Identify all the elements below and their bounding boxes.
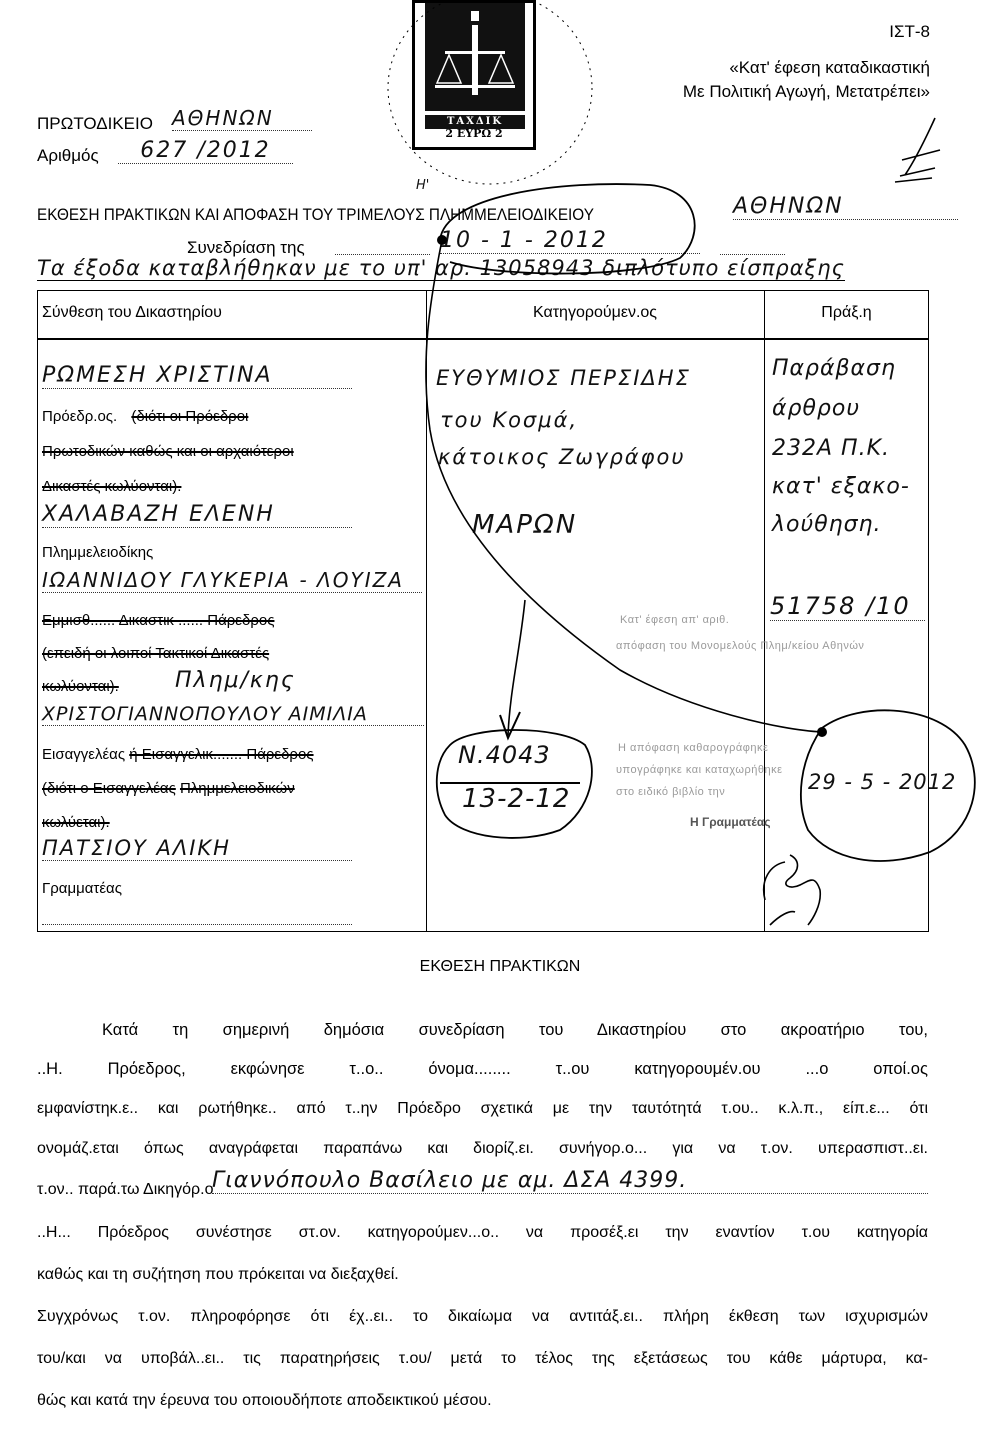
secretary-signature-line	[42, 924, 352, 925]
minutes-p2-line1: ..Η... Πρόεδρος συνέστησε στ.ον. κατηγορ…	[37, 1224, 928, 1242]
table-header-divider	[37, 338, 929, 340]
minutes-p1-line2-word: Πρόεδρος,	[108, 1060, 186, 1079]
minutes-p3-line1: Συγχρόνως τ.ον. πληροφόρησε ότι έχ..ει..…	[37, 1308, 928, 1326]
court-label: ΠΡΩΤΟΔΙΚΕΙΟ	[37, 114, 153, 134]
revenue-stamp: ΤΑΧΔΙΚ 2 ΕΥΡΩ 2	[412, 0, 536, 150]
judge2-struck-text-2: (επειδή οι λοιποί Τακτικοί Δικαστές	[42, 645, 269, 662]
faint-stamp-line5: στο ειδικό βιβλίο την	[616, 786, 725, 798]
offense-case-number[interactable]: 51758 /10	[770, 592, 925, 621]
president-struck-text-3: Δικαστές κωλύονται).	[42, 478, 181, 495]
minutes-p1-line1: Κατά τη σημερινή δημόσια συνεδρίαση του …	[102, 1021, 928, 1040]
faint-stamp-signer: Η Γραμματέας	[690, 815, 770, 829]
judge2-struck-text-1: Εμμισθ...... Δικαστικ ...... Πάρεδρος	[42, 612, 274, 629]
stamp-value: 2 ΕΥΡΩ 2	[415, 129, 533, 139]
secretary-role: Γραμματέας	[42, 880, 122, 897]
registry-number: Ν.4043	[458, 741, 551, 769]
justice-scales-icon	[425, 3, 525, 111]
prosecutor-struck-text-3: κωλύεται).	[42, 814, 110, 831]
accused-residence: κάτοικος Ζωγράφου	[438, 445, 685, 469]
president-role: Πρόεδρ.ος. (διότι οι Πρόεδροι	[42, 408, 248, 425]
offense-line2: άρθρου	[772, 396, 860, 421]
prosecutor-name[interactable]: ΧΡΙΣΤΟΓΙΑΝΝΟΠΟΥΛΟΥ ΑΙΜΙΛΙΑ	[42, 703, 424, 726]
minutes-p1-line2-word: οποί.ος	[873, 1060, 928, 1079]
minutes-p1-line2-word: τ..ου	[556, 1060, 590, 1079]
initials-signature-icon	[895, 118, 940, 182]
table-col-divider-2	[764, 290, 765, 932]
accused-name: ΕΥΘΥΜΙΟΣ ΠΕΡΣΙΔΗΣ	[436, 366, 691, 390]
minutes-p3-line3: θώς και κατά την έρευνα του οποιουδήποτε…	[37, 1392, 492, 1410]
minutes-p2-line2: καθώς και τη συζήτηση που πρόκειται να δ…	[37, 1266, 399, 1284]
report-title: ΕΚΘΕΣΗ ΠΡΑΚΤΙΚΩΝ ΚΑΙ ΑΠΟΦΑΣΗ ΤΟΥ ΤΡΙΜΕΛΟ…	[37, 205, 594, 225]
minutes-p1-line5-prefix: τ.ον.. παρά.τω Δικηγόρ.ο	[37, 1181, 214, 1199]
offense-line3: 232Α Π.Κ.	[772, 436, 890, 461]
registry-date: 13-2-12	[462, 784, 570, 814]
faint-stamp-line4: υπογράφηκε και καταχωρήθηκε	[616, 764, 782, 776]
header-composition: Σύνθεση του Δικαστηρίου	[42, 304, 222, 322]
prosecutor-struck-text-2: (διότι ο Εισαγγελέας Πλημμελειοδικών	[42, 780, 295, 797]
offense-line1: Παράβαση	[772, 356, 896, 381]
session-dots	[335, 254, 430, 255]
minutes-p1-line4: ονομάζ.εται όπως αναγράφεται παραπάνω κα…	[37, 1140, 928, 1158]
secretary-name[interactable]: ΠΑΤΣΙΟΥ ΑΛΙΚΗ	[42, 836, 352, 861]
faint-stamp-line3: Η απόφαση καθαρογράφηκε	[618, 742, 768, 754]
offense-line5: λούθηση.	[772, 512, 882, 537]
form-subtitle-line2: Με Πολιτική Αγωγή, Μετατρέπει»	[683, 82, 930, 102]
report-court-value[interactable]: ΑΘΗΝΩΝ	[733, 194, 958, 220]
session-label: Συνεδρίαση της	[187, 238, 305, 258]
minutes-title: ΕΚΘΕΣΗ ΠΡΑΚΤΙΚΩΝ	[0, 958, 1000, 976]
accused-area: ΜΑΡΩΝ	[472, 510, 577, 540]
minutes-p1-line2-word: τ..ο..	[349, 1060, 383, 1079]
minutes-p1-line2-word: ..Η.	[37, 1060, 63, 1079]
header-offense: Πράξ.η	[764, 304, 929, 322]
minutes-p1-line2-word: ...ο	[805, 1060, 828, 1079]
president-name[interactable]: ΡΩΜΕΣΗ ΧΡΙΣΤΙΝΑ	[42, 363, 352, 389]
table-col-divider-1	[426, 290, 427, 932]
prosecutor-role: Εισαγγελέας ή Εισαγγελικ....... Πάρεδρος	[42, 746, 314, 763]
offense-line4: κατ' εξακο-	[772, 474, 910, 499]
president-struck-text-2: Πρωτοδικών καθώς και οι αρχαιότεροι	[42, 443, 294, 460]
minutes-p1-line2-word: εκφώνησε	[231, 1060, 305, 1079]
judge2-role-handwritten: Πλημ/κης	[175, 668, 296, 693]
superscript-mark: Η'	[416, 178, 429, 193]
judge1-role: Πλημμελειοδίκης	[42, 544, 153, 561]
minutes-p3-line2: του/και να υποβάλ..ει.. τις παρατηρήσεις…	[37, 1350, 928, 1368]
session-date[interactable]: 10 - 1 - 2012	[440, 228, 700, 254]
judge2-struck-text-3: κωλύονται).	[42, 678, 119, 695]
minutes-p1-line2-word: όνομα........	[428, 1060, 510, 1079]
handwritten-fees-note: Τα έξοδα καταβλήθηκαν με το υπ' αρ. 1305…	[37, 256, 845, 281]
case-number-value[interactable]: 627 /2012	[118, 138, 293, 164]
minutes-p1-line2-word: κατηγορουμέν.ου	[634, 1060, 760, 1079]
session-dots-2	[720, 254, 785, 255]
minutes-p1-line2: ..Η.Πρόεδρος,εκφώνησετ..ο..όνομα........…	[37, 1060, 928, 1079]
court-value[interactable]: ΑΘΗΝΩΝ	[172, 106, 312, 131]
form-code: ΙΣΤ-8	[889, 22, 930, 42]
number-label: Αριθμός	[37, 146, 99, 166]
accused-father: του Κοσμά,	[440, 408, 578, 432]
judge2-name[interactable]: ΙΩΑΝΝΙΔΟΥ ΓΛΥΚΕΡΙΑ - ΛΟΥΙΖΑ	[42, 568, 422, 593]
judge1-name[interactable]: ΧΑΛΑΒΑΖΗ ΕΛΕΝΗ	[42, 502, 352, 528]
form-subtitle-line1: «Κατ' έφεση καταδικαστική	[729, 58, 930, 78]
faint-stamp-line2: απόφαση του Μονομελούς Πλημ/κείου Αθηνών	[616, 640, 864, 652]
faint-stamp-date: 29 - 5 - 2012	[808, 770, 956, 794]
faint-stamp-line1: Κατ' έφεση απ' αριθ.	[620, 614, 729, 626]
defense-lawyer-name[interactable]: Γιαννόπουλο Βασίλειο με αμ. ΔΣΑ 4399.	[212, 1168, 928, 1194]
header-accused: Κατηγορούμεν.ος	[426, 304, 764, 322]
minutes-p1-line3: εμφανίστηκ.ε.. και ρωτήθηκε.. από τ..ην …	[37, 1100, 928, 1118]
